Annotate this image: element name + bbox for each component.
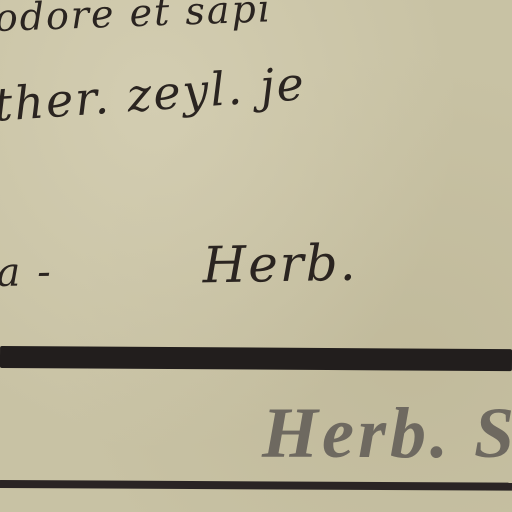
- thick-border-rule: [0, 346, 512, 371]
- handwritten-line-2: ther. zeyl. je: [0, 56, 307, 132]
- handwritten-line-3: a -Herb.: [0, 234, 358, 298]
- herbarium-label-paper: odore et sapi ther. zeyl. je a -Herb. He…: [0, 0, 512, 512]
- printed-herb-label: Herb. S: [262, 392, 512, 475]
- handwritten-herb: Herb.: [202, 234, 358, 295]
- handwritten-line-3-prefix: a -: [0, 249, 53, 296]
- handwritten-line-1: odore et sapi: [0, 0, 273, 40]
- thin-border-rule: [0, 480, 512, 491]
